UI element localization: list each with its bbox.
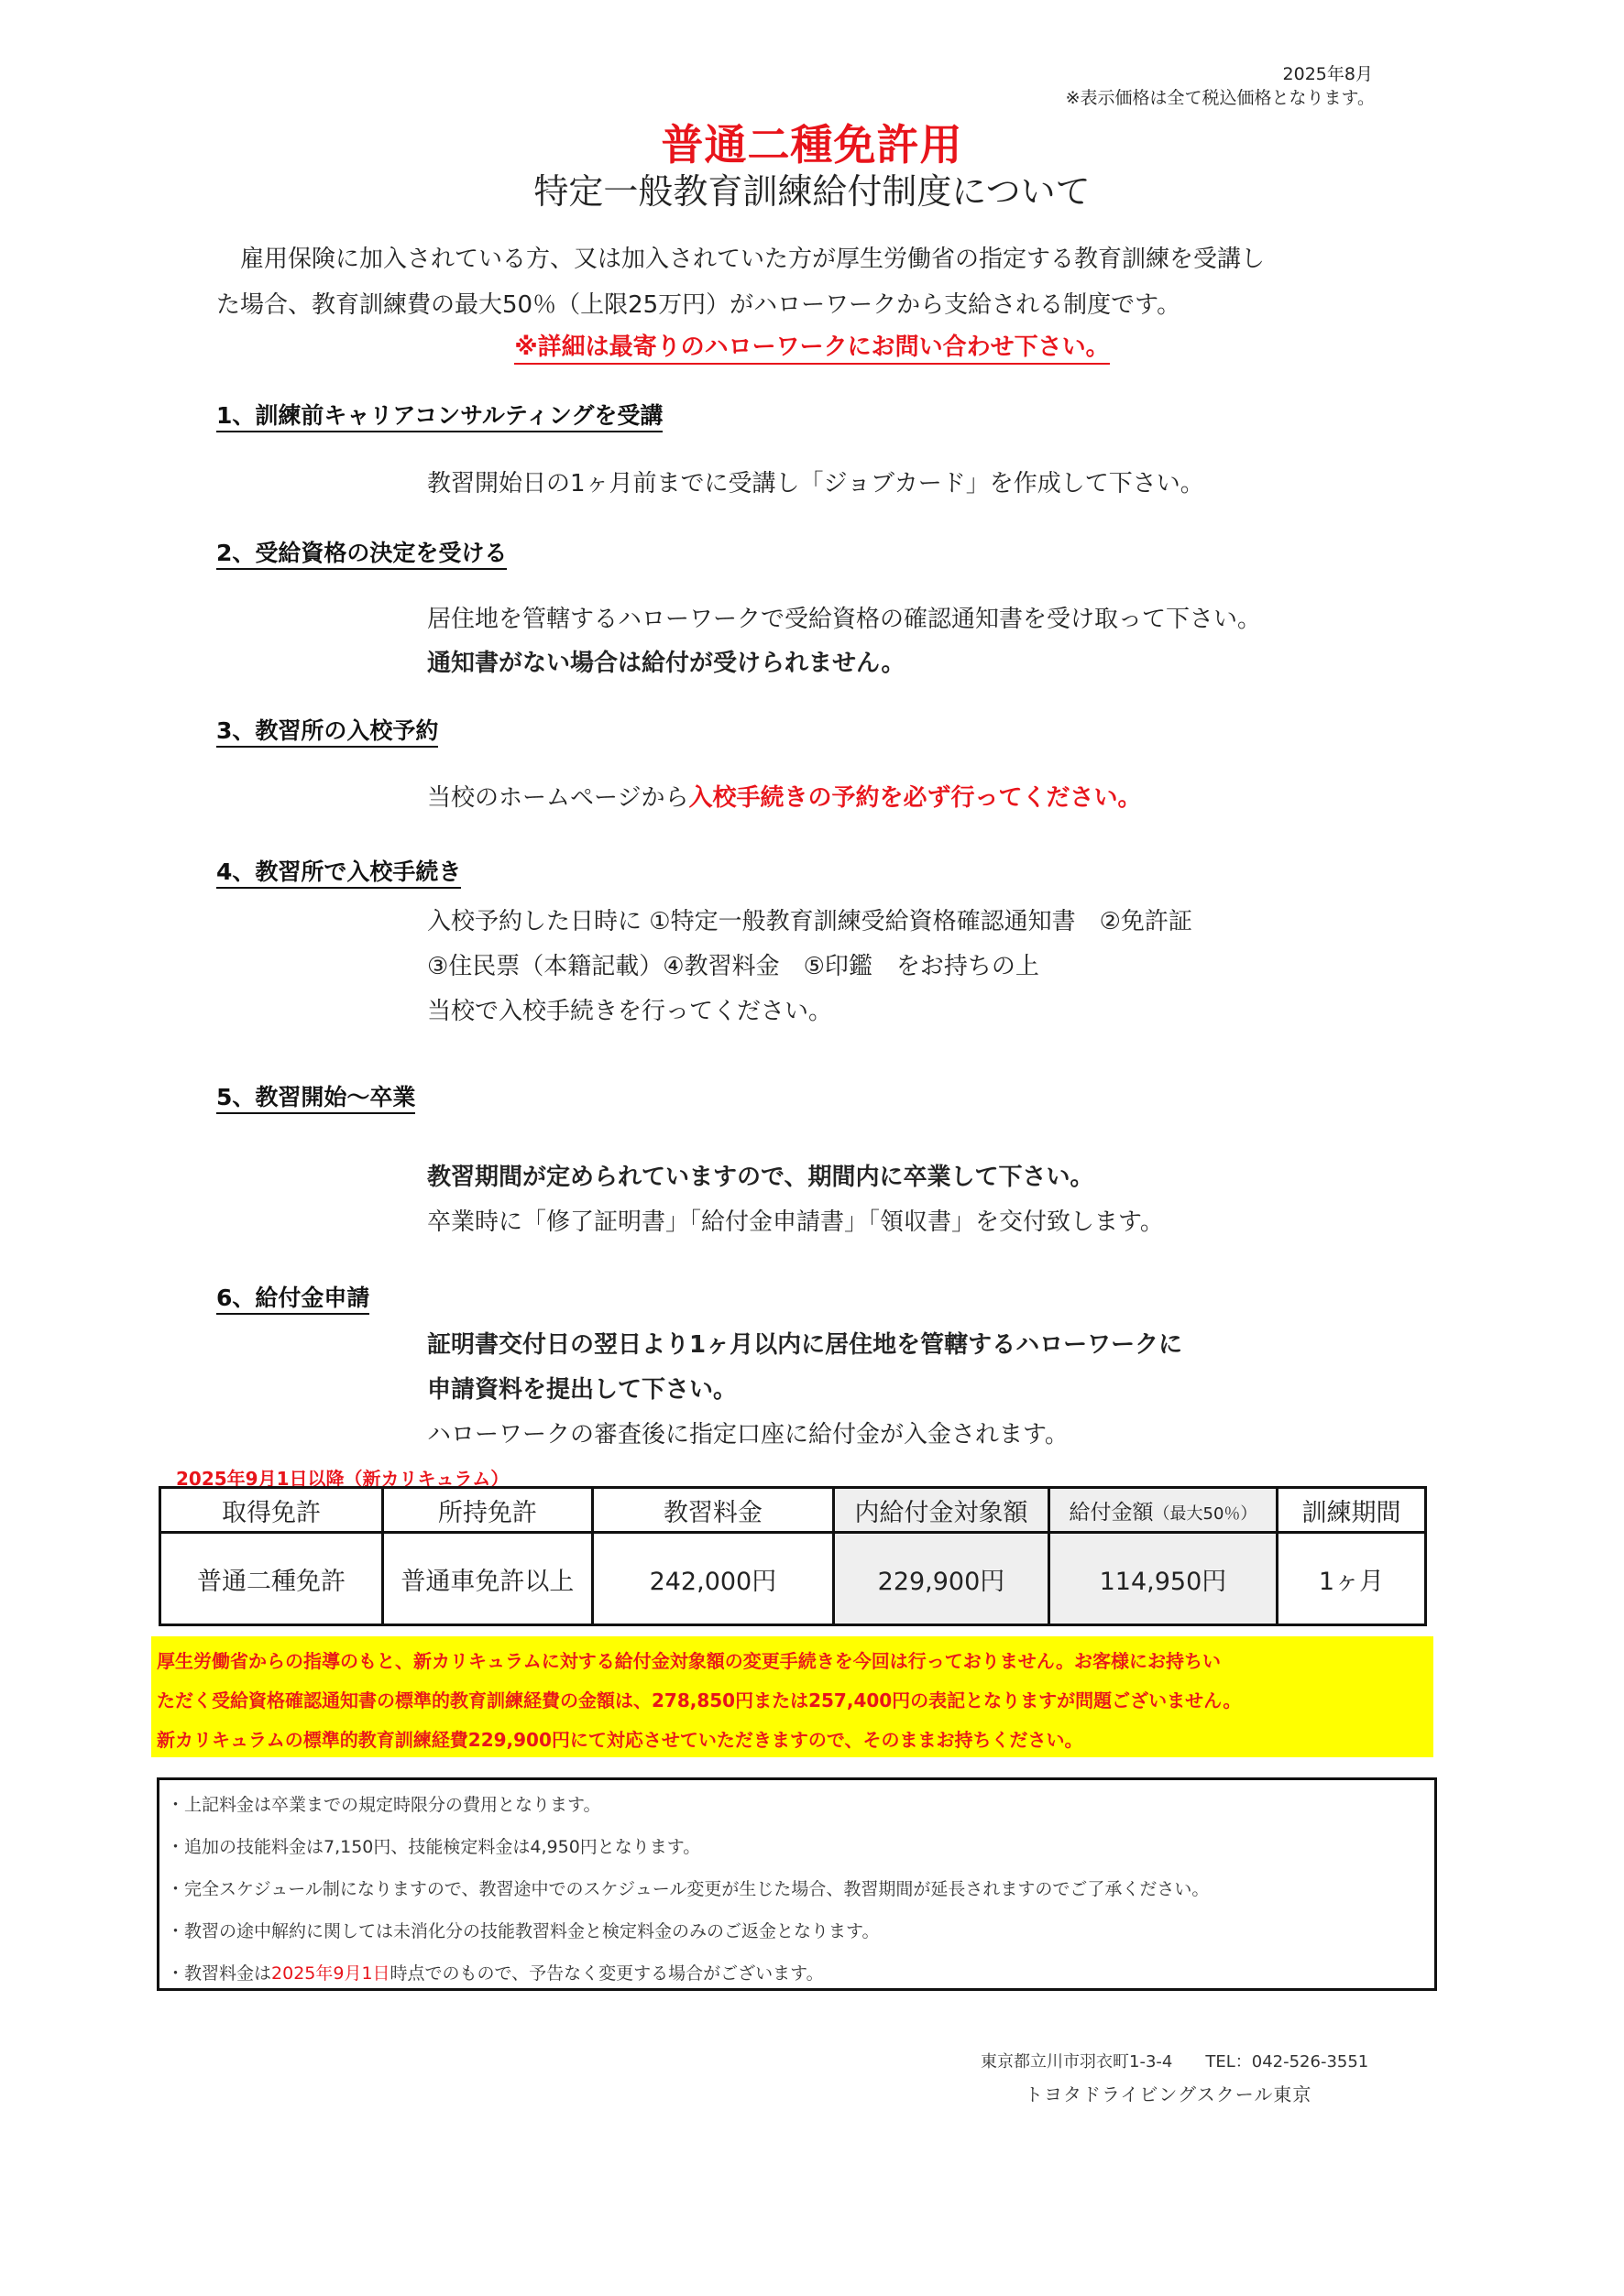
section-2-line: 居住地を管轄するハローワークで受給資格の確認通知書を受け取って下さい。 xyxy=(427,600,1261,634)
section-2-heading-text: 2、受給資格の決定を受ける xyxy=(216,540,507,570)
intro-note: ※詳細は最寄りのハローワークにお問い合わせ下さい。 xyxy=(0,328,1624,362)
section-4-line-1: 入校予約した日時に ①特定一般教育訓練受給資格確認通知書 ②免許証 xyxy=(427,902,1192,936)
note-item-5-suffix: 時点でのもので、予告なく変更する場合がございます。 xyxy=(390,1963,824,1984)
cell-eligible-amount: 229,900円 xyxy=(834,1533,1049,1625)
section-3-heading-text: 3、教習所の入校予約 xyxy=(216,717,438,748)
table-row: 普通二種免許 普通車免許以上 242,000円 229,900円 114,950… xyxy=(160,1533,1426,1625)
note-item-5-prefix: ・教習料金は xyxy=(167,1963,271,1984)
notice-line-3: 新カリキュラムの標準的教育訓練経費229,900円にて対応させていただきますので… xyxy=(157,1725,1083,1752)
header-tuition: 教習料金 xyxy=(592,1488,833,1533)
fee-table: 取得免許 所持免許 教習料金 内給付金対象額 給付金額（最大50％） 訓練期間 … xyxy=(159,1486,1427,1626)
note-item-2: ・追加の技能料金は7,150円、技能検定料金は4,950円となります。 xyxy=(167,1833,700,1858)
section-6-heading: 6、給付金申請 xyxy=(216,1280,369,1313)
section-2-warning: 通知書がない場合は給付が受けられません。 xyxy=(427,644,905,678)
section-2-heading: 2、受給資格の決定を受ける xyxy=(216,535,507,568)
note-item-5: ・教習料金は2025年9月1日時点でのもので、予告なく変更する場合がございます。 xyxy=(167,1960,824,1984)
header-acquired-license: 取得免許 xyxy=(160,1488,383,1533)
header-benefit-amount: 給付金額（最大50％） xyxy=(1048,1488,1277,1533)
section-5-warning: 教習期間が定められていますので、期間内に卒業して下さい。 xyxy=(427,1158,1093,1192)
cell-held-license: 普通車免許以上 xyxy=(382,1533,592,1625)
note-item-4: ・教習の途中解約に関しては未消化分の技能教習料金と検定料金のみのご返金となります… xyxy=(167,1918,879,1942)
section-5-heading: 5、教習開始～卒業 xyxy=(216,1079,415,1112)
note-item-1: ・上記料金は卒業までの規定時限分の費用となります。 xyxy=(167,1791,600,1816)
cell-training-period: 1ヶ月 xyxy=(1277,1533,1425,1625)
header-held-license: 所持免許 xyxy=(382,1488,592,1533)
cell-acquired-license: 普通二種免許 xyxy=(160,1533,383,1625)
tax-note: ※表示価格は全て税込価格となります。 xyxy=(1066,84,1375,109)
curriculum-notice-box: 厚生労働省からの指導のもと、新カリキュラムに対する給付金対象額の変更手続きを今回… xyxy=(151,1636,1433,1757)
note-item-3: ・完全スケジュール制になりますので、教習途中でのスケジュール変更が生じた場合、教… xyxy=(167,1875,1209,1900)
section-5-heading-text: 5、教習開始～卒業 xyxy=(216,1084,415,1114)
section-6-warning-1: 証明書交付日の翌日より1ヶ月以内に居住地を管轄するハローワークに xyxy=(427,1326,1182,1360)
notice-line-2: ただく受給資格確認通知書の標準的教育訓練経費の金額は、278,850円または25… xyxy=(157,1686,1241,1712)
intro-line-2: た場合、教育訓練費の最大50％（上限25万円）がハローワークから支給される制度で… xyxy=(216,282,1426,328)
section-4-heading-text: 4、教習所で入校手続き xyxy=(216,858,461,889)
school-address: 東京都立川市羽衣町1-3-4 TEL：042-526-3551 xyxy=(981,2049,1368,2072)
note-item-5-date: 2025年9月1日 xyxy=(271,1963,390,1984)
header-eligible-amount: 内給付金対象額 xyxy=(834,1488,1049,1533)
section-1-heading-text: 1、訓練前キャリアコンサルティングを受講 xyxy=(216,402,663,432)
fee-table-header-row: 取得免許 所持免許 教習料金 内給付金対象額 給付金額（最大50％） 訓練期間 xyxy=(160,1488,1426,1533)
section-6-heading-text: 6、給付金申請 xyxy=(216,1285,369,1315)
section-4-line-3: 当校で入校手続きを行ってください。 xyxy=(427,992,832,1026)
notice-line-1: 厚生労働省からの指導のもと、新カリキュラムに対する給付金対象額の変更手続きを今回… xyxy=(157,1646,1221,1673)
page-subtitle: 特定一般教育訓練給付制度について xyxy=(0,163,1624,213)
header-training-period: 訓練期間 xyxy=(1277,1488,1425,1533)
section-3-line: 当校のホームページから入校手続きの予約を必ず行ってください。 xyxy=(427,779,1142,813)
cell-benefit-amount: 114,950円 xyxy=(1048,1533,1277,1625)
header-benefit-amount-label: 給付金額 xyxy=(1070,1501,1154,1525)
school-name: トヨタドライビングスクール東京 xyxy=(1025,2080,1311,2106)
cell-tuition: 242,000円 xyxy=(592,1533,833,1625)
section-3-line-emphasis: 入校手続きの予約を必ず行ってください。 xyxy=(688,784,1141,812)
notes-box: ・上記料金は卒業までの規定時限分の費用となります。 ・追加の技能料金は7,150… xyxy=(157,1777,1437,1991)
section-5-line: 卒業時に「修了証明書」「給付金申請書」「領収書」を交付致します。 xyxy=(427,1203,1164,1237)
section-4-line-2: ③住民票（本籍記載）④教習料金 ⑤印鑑 をお持ちの上 xyxy=(427,947,1039,981)
intro-paragraph: 雇用保険に加入されている方、又は加入されていた方が厚生労働省の指定する教育訓練を… xyxy=(216,236,1426,328)
section-1-line: 教習開始日の1ヶ月前までに受講し「ジョブカード」を作成して下さい。 xyxy=(427,465,1204,498)
section-6-line: ハローワークの審査後に指定口座に給付金が入金されます。 xyxy=(427,1416,1069,1449)
section-3-line-prefix: 当校のホームページから xyxy=(427,784,688,812)
section-6-warning-2: 申請資料を提出して下さい。 xyxy=(427,1371,737,1405)
section-1-heading: 1、訓練前キャリアコンサルティングを受講 xyxy=(216,398,663,431)
header-benefit-amount-sub: （最大50％） xyxy=(1154,1504,1257,1524)
document-date: 2025年8月 xyxy=(1283,60,1373,85)
intro-line-1: 雇用保険に加入されている方、又は加入されていた方が厚生労働省の指定する教育訓練を… xyxy=(216,236,1426,282)
intro-note-text: ※詳細は最寄りのハローワークにお問い合わせ下さい。 xyxy=(514,333,1109,365)
section-3-heading: 3、教習所の入校予約 xyxy=(216,713,438,746)
section-4-heading: 4、教習所で入校手続き xyxy=(216,854,461,887)
